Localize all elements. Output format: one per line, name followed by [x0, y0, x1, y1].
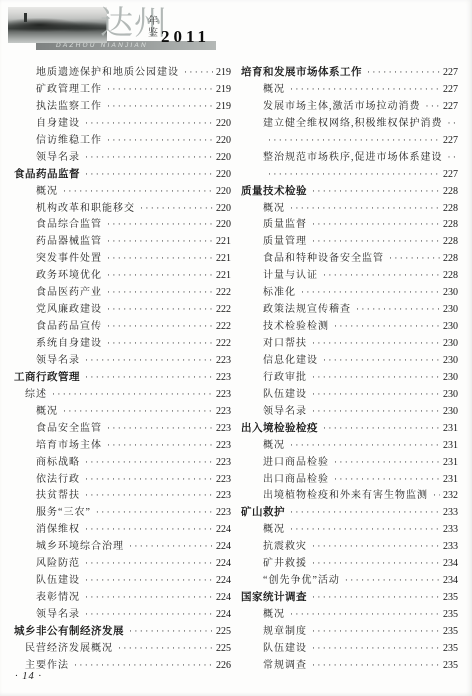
- toc-page-number: 224: [216, 609, 231, 620]
- dot-leader: [107, 265, 213, 283]
- toc-entry: 表彰情况224: [14, 587, 231, 604]
- toc-entry: 矿政管理工作219: [14, 79, 231, 96]
- toc-entry-title: 概况: [36, 182, 58, 197]
- toc-page-number: 228: [443, 219, 458, 230]
- toc-page-number: 223: [216, 406, 231, 417]
- toc-entry: 食品医药产业222: [14, 282, 231, 299]
- toc-entry-title: 队伍建设: [263, 385, 307, 400]
- toc-entry-title: 食品医药产业: [36, 283, 102, 298]
- toc-entry-title: 扶贫帮扶: [36, 486, 80, 501]
- toc-entry: 政策法规宣传稽查230: [241, 299, 458, 316]
- toc-entry-title: 对口帮扶: [263, 334, 307, 349]
- dot-leader: [184, 62, 213, 80]
- toc-entry-title: 党风廉政建设: [36, 300, 102, 315]
- toc-page-number: 231: [443, 440, 458, 451]
- toc-entry: 服务“三农”223: [14, 502, 231, 519]
- toc-page-number: 227: [443, 101, 458, 112]
- toc-entry: 规章制度235: [241, 621, 458, 638]
- toc-entry: 出口商品检验231: [241, 469, 458, 486]
- toc-page-number: 221: [216, 236, 231, 247]
- dot-leader: [312, 587, 440, 605]
- toc-entry: 食品药品监督220: [14, 164, 231, 181]
- toc-page-number: 220: [216, 135, 231, 146]
- toc-page-number: 233: [443, 524, 458, 535]
- dot-leader: [85, 485, 213, 503]
- dot-leader: [107, 299, 213, 317]
- dot-leader: [426, 96, 441, 114]
- toc-entry: 质量技术检验228: [241, 181, 458, 198]
- toc-entry: 抗震救灾233: [241, 536, 458, 553]
- dot-leader: [107, 333, 213, 351]
- dot-leader: [312, 181, 440, 199]
- toc-page-number: 228: [443, 186, 458, 197]
- toc-page-number: 224: [216, 541, 231, 552]
- toc-entry-title: 出口商品检验: [263, 470, 329, 485]
- dot-leader: [448, 113, 456, 131]
- dot-leader: [85, 367, 213, 385]
- toc-entry-title: 概况: [36, 402, 58, 417]
- toc-page-number: 225: [216, 626, 231, 637]
- toc-entry-title: 信访维稳工作: [36, 131, 102, 146]
- toc-entry: 领导名录230: [241, 401, 458, 418]
- toc-page-number: 227: [443, 169, 458, 180]
- yearbook-toc-page: DAZHOU NIANJIAN 达州 年 鉴 2011 地质遗迹保护和地质公园建…: [0, 0, 472, 696]
- toc-entry-title: 药品器械监管: [36, 232, 102, 247]
- toc-page-number: 230: [443, 355, 458, 366]
- dot-leader: [312, 536, 440, 554]
- toc-page-number: 223: [216, 490, 231, 501]
- toc-page-number: 233: [443, 507, 458, 518]
- toc-entry-title: 培育和发展市场体系工作: [241, 64, 362, 79]
- toc-entry: 消保维权224: [14, 519, 231, 536]
- title-year: 2011: [161, 27, 210, 47]
- dot-leader: [323, 418, 440, 436]
- toc-entry: 对口帮扶230: [241, 333, 458, 350]
- toc-entry-title: 国家统计调查: [241, 589, 307, 604]
- toc-entry: 食品综合监管220: [14, 214, 231, 231]
- toc-page-number: 228: [443, 236, 458, 247]
- toc-page-number: 228: [443, 270, 458, 281]
- toc-entry-title: 领导名录: [36, 351, 80, 366]
- dot-leader: [312, 401, 440, 419]
- toc-page-number: 230: [443, 389, 458, 400]
- dot-leader: [301, 282, 440, 300]
- dot-leader: [312, 553, 440, 571]
- dot-leader: [140, 198, 213, 216]
- toc-page-number: 222: [216, 338, 231, 349]
- title-pinyin: DAZHOU NIANJIAN: [56, 42, 148, 49]
- toc-entry-title: 城乡环境综合治理: [36, 537, 124, 552]
- toc-entry-title: 机构改革和职能移交: [36, 199, 135, 214]
- folio-page-number: · 14 ·: [15, 671, 42, 682]
- toc-page-number: 227: [443, 67, 458, 78]
- toc-page-number: 220: [216, 219, 231, 230]
- toc-entry: 概况228: [241, 198, 458, 215]
- toc-entry: 质量监督228: [241, 214, 458, 231]
- dot-leader: [129, 536, 213, 554]
- dot-leader: [268, 164, 440, 182]
- toc-column-right: 培育和发展市场体系工作227概况227发展市场主体,激活市场拉动消费227建立健…: [241, 62, 458, 672]
- toc-entry-title: 政务环境优化: [36, 266, 102, 281]
- toc-entry: 概况235: [241, 604, 458, 621]
- dot-leader: [85, 164, 213, 182]
- title-nianjian: 年 鉴: [148, 16, 158, 39]
- toc-page-number: 234: [443, 575, 458, 586]
- toc-entry: 出入境检验检疫231: [241, 418, 458, 435]
- toc-page-number: 221: [216, 253, 231, 264]
- toc-entry-title: 民营经济发展概况: [25, 639, 113, 654]
- toc-page-number: 230: [443, 304, 458, 315]
- toc-entry: “创先争优”活动234: [241, 570, 458, 587]
- toc-entry: 队伍建设235: [241, 638, 458, 655]
- dot-leader: [107, 79, 213, 97]
- toc-entry-title: “创先争优”活动: [263, 571, 340, 586]
- dot-leader: [107, 282, 213, 300]
- toc-entry-title: 领导名录: [36, 605, 80, 620]
- toc-page-number: 223: [216, 457, 231, 468]
- dot-leader: [334, 469, 440, 487]
- toc-page-number: 235: [443, 626, 458, 637]
- toc-page-number: 226: [216, 660, 231, 671]
- toc-entry: 进口商品检验231: [241, 452, 458, 469]
- toc-entry: 地质遗迹保护和地质公园建设219: [14, 62, 231, 79]
- toc-entry: 建立健全维权网络,积极维权保护消费: [241, 113, 458, 130]
- toc-entry: 风险防范224: [14, 553, 231, 570]
- toc-page-number: 222: [216, 287, 231, 298]
- toc-columns: 地质遗迹保护和地质公园建设219矿政管理工作219执法监察工作219自身建设22…: [14, 62, 458, 672]
- dot-leader: [85, 469, 213, 487]
- toc-entry-title: 行政审批: [263, 368, 307, 383]
- dot-leader: [356, 299, 440, 317]
- toc-entry: 矿井救援234: [241, 553, 458, 570]
- dot-leader: [323, 350, 440, 368]
- toc-entry-title: 规章制度: [263, 622, 307, 637]
- toc-entry-title: 质量监督: [263, 215, 307, 230]
- toc-page-number: 227: [443, 135, 458, 146]
- toc-entry-title: 工商行政管理: [14, 369, 80, 384]
- toc-entry: 常规调查235: [241, 655, 458, 672]
- toc-entry: 概况233: [241, 519, 458, 536]
- toc-page-number: 232: [443, 490, 458, 501]
- toc-page-number: 235: [443, 592, 458, 603]
- toc-entry-title: 矿山救护: [241, 504, 285, 519]
- toc-entry-title: 培育市场主体: [36, 436, 102, 451]
- toc-entry: 商标战略223: [14, 452, 231, 469]
- toc-page-number: 224: [216, 592, 231, 603]
- dot-leader: [389, 248, 440, 266]
- toc-page-number: 223: [216, 372, 231, 383]
- toc-entry: 227: [241, 130, 458, 147]
- dot-leader: [312, 214, 440, 232]
- toc-entry: 出境植物检疫和外来有害生物监测232: [241, 485, 458, 502]
- dot-leader: [312, 333, 440, 351]
- toc-entry-title: 依法行政: [36, 470, 80, 485]
- dot-leader: [290, 502, 440, 520]
- dot-leader: [323, 265, 440, 283]
- dot-leader: [85, 147, 213, 165]
- toc-entry-title: 商标战略: [36, 453, 80, 468]
- dot-leader: [74, 655, 213, 673]
- toc-page-number: 223: [216, 474, 231, 485]
- toc-page-number: 221: [216, 270, 231, 281]
- dot-leader: [85, 113, 213, 131]
- toc-entry-title: 质量管理: [263, 232, 307, 247]
- toc-column-left: 地质遗迹保护和地质公园建设219矿政管理工作219执法监察工作219自身建设22…: [14, 62, 231, 672]
- toc-entry-title: 矿政管理工作: [36, 80, 102, 95]
- toc-entry: 食品安全监管223: [14, 418, 231, 435]
- toc-entry: 计量与认证228: [241, 265, 458, 282]
- toc-entry: 综述223: [14, 384, 231, 401]
- toc-page-number: 220: [216, 118, 231, 129]
- toc-entry: 自身建设220: [14, 113, 231, 130]
- toc-entry: 工商行政管理223: [14, 367, 231, 384]
- toc-entry-title: 消保维权: [36, 520, 80, 535]
- dot-leader: [52, 384, 213, 402]
- toc-entry-title: 执法监察工作: [36, 97, 102, 112]
- toc-entry: 政务环境优化221: [14, 265, 231, 282]
- toc-page-number: 231: [443, 457, 458, 468]
- toc-page-number: 230: [443, 321, 458, 332]
- dot-leader: [290, 198, 440, 216]
- toc-entry-title: 计量与认证: [263, 266, 318, 281]
- toc-page-number: 219: [216, 67, 231, 78]
- toc-entry-title: 城乡非公有制经济发展: [14, 623, 124, 638]
- toc-page-number: 223: [216, 440, 231, 451]
- dot-leader: [96, 502, 213, 520]
- toc-entry-title: 食品药品宣传: [36, 317, 102, 332]
- toc-entry-title: 建立健全维权网络,积极维权保护消费: [263, 114, 443, 129]
- toc-page-number: 233: [443, 541, 458, 552]
- dot-leader: [290, 519, 440, 537]
- dot-leader: [107, 130, 213, 148]
- toc-page-number: 224: [216, 575, 231, 586]
- toc-entry-title: 矿井救援: [263, 554, 307, 569]
- dot-leader: [63, 181, 213, 199]
- toc-page-number: 224: [216, 558, 231, 569]
- toc-entry-title: 技术检验检测: [263, 317, 329, 332]
- toc-page-number: 223: [216, 423, 231, 434]
- toc-entry-title: 突发事件处置: [36, 249, 102, 264]
- toc-entry-title: 进口商品检验: [263, 453, 329, 468]
- dot-leader: [85, 519, 213, 537]
- toc-page-number: 219: [216, 84, 231, 95]
- dot-leader: [85, 604, 213, 622]
- toc-entry-title: 表彰情况: [36, 588, 80, 603]
- toc-page-number: 230: [443, 338, 458, 349]
- toc-entry-title: 领导名录: [36, 148, 80, 163]
- toc-entry-title: 概况: [263, 80, 285, 95]
- toc-page-number: 235: [443, 660, 458, 671]
- toc-page-number: 220: [216, 186, 231, 197]
- dot-leader: [312, 621, 440, 639]
- dot-leader: [334, 452, 440, 470]
- dot-leader: [290, 604, 440, 622]
- toc-entry: 食品药品宣传222: [14, 316, 231, 333]
- toc-entry-title: 地质遗迹保护和地质公园建设: [36, 63, 179, 78]
- toc-entry: 队伍建设230: [241, 384, 458, 401]
- title-nianjian-bottom: 鉴: [148, 28, 158, 40]
- toc-entry-title: 概况: [263, 520, 285, 535]
- toc-page-number: 222: [216, 304, 231, 315]
- toc-entry-title: 标准化: [263, 283, 296, 298]
- toc-entry-title: 食品和特种设备安全监管: [263, 249, 384, 264]
- toc-entry: 药品器械监管221: [14, 231, 231, 248]
- dot-leader: [107, 418, 213, 436]
- toc-entry: 培育和发展市场体系工作227: [241, 62, 458, 79]
- toc-entry: 民营经济发展概况225: [14, 638, 231, 655]
- dot-leader: [85, 570, 213, 588]
- toc-page-number: 231: [443, 423, 458, 434]
- toc-page-number: 231: [443, 474, 458, 485]
- dot-leader: [85, 350, 213, 368]
- toc-entry-title: 综述: [25, 385, 47, 400]
- toc-entry-title: 概况: [263, 605, 285, 620]
- toc-entry-title: 队伍建设: [36, 571, 80, 586]
- toc-entry: 发展市场主体,激活市场拉动消费227: [241, 96, 458, 113]
- toc-page-number: 220: [216, 169, 231, 180]
- dot-leader: [367, 62, 440, 80]
- toc-entry: 整治规范市场秩序,促进市场体系建设: [241, 147, 458, 164]
- toc-entry-title: 食品药品监督: [14, 166, 80, 181]
- dot-leader: [345, 570, 440, 588]
- dot-leader: [312, 638, 440, 656]
- toc-entry: 主要作法226: [14, 655, 231, 672]
- toc-entry-title: 常规调查: [263, 656, 307, 671]
- dot-leader: [290, 79, 440, 97]
- dot-leader: [107, 231, 213, 249]
- dot-leader: [85, 553, 213, 571]
- toc-entry-title: 食品安全监管: [36, 419, 102, 434]
- dot-leader: [85, 452, 213, 470]
- toc-entry-title: 抗震救灾: [263, 537, 307, 552]
- toc-entry: 矿山救护233: [241, 502, 458, 519]
- toc-entry-title: 整治规范市场秩序,促进市场体系建设: [263, 148, 443, 163]
- toc-entry: 系统自身建设222: [14, 333, 231, 350]
- dot-leader: [433, 485, 440, 503]
- toc-page-number: 228: [443, 253, 458, 264]
- toc-page-number: 235: [443, 643, 458, 654]
- toc-entry: 标准化230: [241, 282, 458, 299]
- dot-leader: [118, 638, 213, 656]
- toc-entry-title: 信息化建设: [263, 351, 318, 366]
- dot-leader: [107, 248, 213, 266]
- toc-page-number: 223: [216, 507, 231, 518]
- toc-entry: 扶贫帮扶223: [14, 485, 231, 502]
- toc-page-number: 230: [443, 406, 458, 417]
- toc-entry-title: 系统自身建设: [36, 334, 102, 349]
- dot-leader: [85, 587, 213, 605]
- header-landscape-photo: [8, 7, 107, 43]
- toc-page-number: 220: [216, 203, 231, 214]
- dot-leader: [107, 96, 213, 114]
- toc-entry-title: 队伍建设: [263, 639, 307, 654]
- toc-page-number: 224: [216, 524, 231, 535]
- dot-leader: [107, 435, 213, 453]
- toc-entry-title: 政策法规宣传稽查: [263, 300, 351, 315]
- toc-page-number: 222: [216, 321, 231, 332]
- toc-entry-title: 领导名录: [263, 402, 307, 417]
- toc-page-number: 235: [443, 609, 458, 620]
- toc-entry: 领导名录224: [14, 604, 231, 621]
- toc-entry-title: 风险防范: [36, 554, 80, 569]
- toc-page-number: 234: [443, 558, 458, 569]
- toc-page-number: 225: [216, 643, 231, 654]
- toc-entry: 质量管理228: [241, 231, 458, 248]
- toc-entry-title: 质量技术检验: [241, 183, 307, 198]
- dot-leader: [268, 130, 440, 148]
- toc-entry-title: 主要作法: [25, 656, 69, 671]
- title-nianjian-top: 年: [148, 16, 158, 28]
- toc-entry: 队伍建设224: [14, 570, 231, 587]
- toc-entry-title: 出入境检验检疫: [241, 420, 318, 435]
- toc-entry-title: 出境植物检疫和外来有害生物监测: [263, 486, 428, 501]
- toc-entry: 领导名录220: [14, 147, 231, 164]
- toc-entry: 国家统计调查235: [241, 587, 458, 604]
- toc-page-number: 223: [216, 389, 231, 400]
- toc-entry: 城乡环境综合治理224: [14, 536, 231, 553]
- toc-entry: 突发事件处置221: [14, 248, 231, 265]
- toc-entry-title: 服务“三农”: [36, 503, 91, 518]
- dot-leader: [107, 214, 213, 232]
- toc-page-number: 230: [443, 287, 458, 298]
- dot-leader: [334, 316, 440, 334]
- toc-page-number: 223: [216, 355, 231, 366]
- toc-entry-title: 发展市场主体,激活市场拉动消费: [263, 97, 421, 112]
- toc-entry-title: 食品综合监管: [36, 215, 102, 230]
- toc-entry: 城乡非公有制经济发展225: [14, 621, 231, 638]
- dot-leader: [312, 231, 440, 249]
- dot-leader: [129, 621, 213, 639]
- toc-entry: 概况227: [241, 79, 458, 96]
- toc-entry-title: 自身建设: [36, 114, 80, 129]
- dot-leader: [107, 316, 213, 334]
- dot-leader: [312, 384, 440, 402]
- toc-page-number: 228: [443, 203, 458, 214]
- toc-entry: 概况223: [14, 401, 231, 418]
- dot-leader: [448, 147, 456, 165]
- toc-page-number: 220: [216, 152, 231, 163]
- toc-entry: 行政审批230: [241, 367, 458, 384]
- toc-entry: 信息化建设230: [241, 350, 458, 367]
- dot-leader: [63, 401, 213, 419]
- toc-entry: 信访维稳工作220: [14, 130, 231, 147]
- toc-entry: 执法监察工作219: [14, 96, 231, 113]
- toc-entry: 227: [241, 164, 458, 181]
- toc-entry: 机构改革和职能移交220: [14, 198, 231, 215]
- toc-entry-title: 概况: [263, 199, 285, 214]
- toc-entry: 食品和特种设备安全监管228: [241, 248, 458, 265]
- dot-leader: [312, 655, 440, 673]
- toc-entry: 概况231: [241, 435, 458, 452]
- toc-entry: 党风廉政建设222: [14, 299, 231, 316]
- toc-page-number: 227: [443, 84, 458, 95]
- dot-leader: [290, 435, 440, 453]
- page-header: DAZHOU NIANJIAN 达州 年 鉴 2011: [0, 0, 472, 58]
- toc-entry-title: 概况: [263, 436, 285, 451]
- toc-entry: 概况220: [14, 181, 231, 198]
- toc-page-number: 219: [216, 101, 231, 112]
- toc-page-number: 230: [443, 372, 458, 383]
- toc-entry: 依法行政223: [14, 469, 231, 486]
- dot-leader: [312, 367, 440, 385]
- toc-entry: 领导名录223: [14, 350, 231, 367]
- toc-entry: 技术检验检测230: [241, 316, 458, 333]
- toc-entry: 培育市场主体223: [14, 435, 231, 452]
